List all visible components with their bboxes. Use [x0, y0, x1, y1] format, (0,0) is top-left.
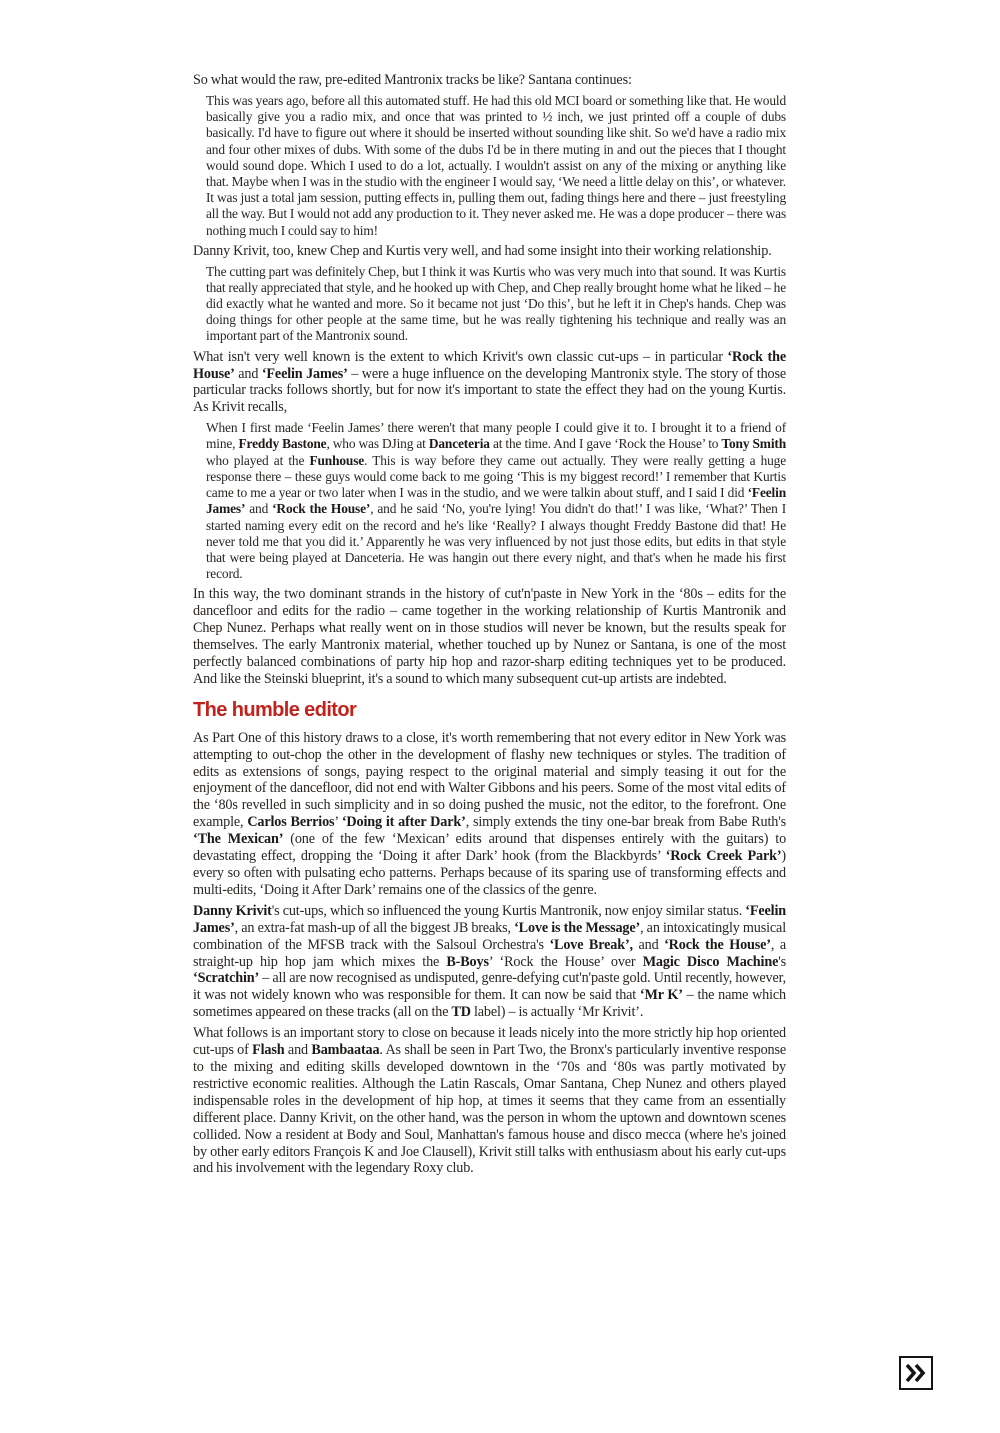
name-freddy-bastone: Freddy Bastone — [239, 436, 327, 451]
blockquote-santana: This was years ago, before all this auto… — [193, 93, 786, 239]
track-title-feelin-james: ‘Feelin James’ — [262, 366, 348, 382]
paragraph-cut-ups-influence: What isn't very well known is the extent… — [193, 349, 786, 417]
text-run: at the time. And I gave ‘Rock the House’… — [490, 436, 722, 451]
text-run: , who was DJing at — [326, 436, 428, 451]
venue-funhouse: Funhouse — [309, 453, 364, 468]
paragraph-krivit-intro: Danny Krivit, too, knew Chep and Kurtis … — [193, 243, 786, 260]
text-run: and — [235, 366, 262, 382]
text-run: . As shall be seen in Part Two, the Bron… — [193, 1042, 786, 1176]
section-heading: The humble editor — [193, 698, 786, 722]
artist-flash: Flash — [252, 1042, 284, 1058]
text-run: ’ ‘Rock the House’ over — [489, 954, 643, 970]
label-td: TD — [451, 1004, 470, 1020]
paragraph-intro: So what would the raw, pre-edited Mantro… — [193, 72, 786, 89]
track-title-the-mexican: ‘The Mexican’ — [193, 831, 283, 847]
text-run: and — [284, 1042, 311, 1058]
track-title-love-break: ‘Love Break’, — [549, 937, 633, 953]
double-chevron-right-icon — [904, 1362, 928, 1384]
text-run: , an extra-fat mash-up of all the bigges… — [235, 920, 514, 936]
track-title-doing-it-after-dark: ‘Doing it after Dark’ — [342, 814, 466, 830]
text-run: 's — [778, 954, 786, 970]
alias-mr-k: ‘Mr K’ — [640, 987, 683, 1003]
text-run: 's cut-ups, which so influenced the youn… — [272, 903, 746, 919]
artist-b-boys: B-Boys — [446, 954, 488, 970]
artist-bambaataa: Bambaataa — [311, 1042, 379, 1058]
track-title-love-is-the-message: ‘Love is the Message’ — [514, 920, 640, 936]
blockquote-krivit-recalls: When I first made ‘Feelin James’ there w… — [193, 420, 786, 582]
next-page-button[interactable] — [899, 1356, 933, 1390]
paragraph-krivit-cut-ups: Danny Krivit's cut-ups, which so influen… — [193, 903, 786, 1021]
text-run: who played at the — [206, 453, 309, 468]
name-tony-smith: Tony Smith — [721, 436, 786, 451]
article-page: So what would the raw, pre-edited Mantro… — [193, 72, 786, 1181]
paragraph-humble-editor: As Part One of this history draws to a c… — [193, 730, 786, 899]
paragraph-dominant-strands: In this way, the two dominant strands in… — [193, 586, 786, 687]
text-run: label) – is actually ‘Mr Krivit’. — [471, 1004, 643, 1020]
track-title-scratchin: ‘Scratchin’ — [193, 970, 259, 986]
text-run: and — [633, 937, 664, 953]
text-run: What isn't very well known is the extent… — [193, 349, 727, 365]
text-run: and — [245, 501, 272, 516]
track-title-rock-the-house: ‘Rock the House’ — [272, 501, 370, 516]
blockquote-krivit-chep: The cutting part was definitely Chep, bu… — [193, 264, 786, 345]
track-title-rock-the-house: ‘Rock the House’ — [664, 937, 771, 953]
name-danny-krivit: Danny Krivit — [193, 903, 272, 919]
text-run: , simply extends the tiny one-bar break … — [466, 814, 786, 830]
venue-danceteria: Danceteria — [429, 436, 490, 451]
name-carlos-berrios: Carlos Berrios — [247, 814, 334, 830]
paragraph-closing-story: What follows is an important story to cl… — [193, 1025, 786, 1177]
track-title-rock-creek-park: ‘Rock Creek Park’ — [666, 848, 782, 864]
text-run: ’ — [334, 814, 341, 830]
artist-magic-disco-machine: Magic Disco Machine — [643, 954, 779, 970]
